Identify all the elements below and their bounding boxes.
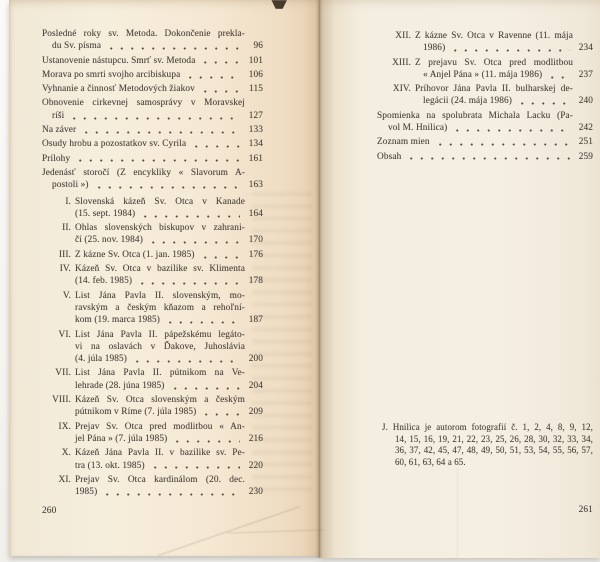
toc-entry-lastline: legácii (24. mája 1986)240 bbox=[415, 95, 593, 107]
toc-entry-line: Ohlas slovenských biskupov v zahrani- bbox=[75, 222, 263, 234]
toc-right-column: XII.Z kázne Sv. Otca v Ravenne (11. mája… bbox=[377, 30, 593, 165]
toc-entry-pagenum: 200 bbox=[247, 353, 263, 365]
toc-entry: Posledné roky sv. Metoda. Dokončenie pre… bbox=[42, 28, 263, 53]
toc-entry-pagenum: 163 bbox=[247, 179, 263, 191]
dot-leader bbox=[196, 406, 247, 418]
dot-leader bbox=[160, 314, 247, 326]
toc-entry-line: Prejav Sv. Otca kardinálom (20. dec. bbox=[75, 474, 263, 486]
toc-entry-pagenum: 237 bbox=[577, 69, 593, 81]
toc-entry: XIII.Z prejavu Sv. Otca pred modlitbou« … bbox=[377, 57, 593, 82]
toc-entry-numeral: II. bbox=[42, 222, 71, 234]
page-number-left: 260 bbox=[42, 505, 56, 517]
toc-entry: XIV.Príhovor Jána Pavla II. bulharskej d… bbox=[377, 83, 593, 108]
toc-entry-text: Na záver bbox=[42, 124, 76, 136]
toc-entry: III.Z kázne Sv. Otca (1. jan. 1985)176 bbox=[42, 249, 263, 261]
toc-entry-text: Vyhnanie a činnosť Metodových žiakov bbox=[42, 83, 195, 95]
toc-entry: XI.Prejav Sv. Otca kardinálom (20. dec.1… bbox=[42, 474, 263, 499]
toc-entry: Zoznam mien251 bbox=[377, 136, 593, 148]
book-gutter-crease bbox=[319, 0, 320, 558]
toc-entry: Prílohy161 bbox=[42, 153, 263, 165]
toc-entry-pagenum: 259 bbox=[577, 151, 593, 163]
toc-entry-lastline: 1986)234 bbox=[415, 42, 593, 54]
toc-entry: Morava po smrti svojho arcibiskupa106 bbox=[42, 69, 263, 81]
toc-entry-numeral: I. bbox=[42, 196, 71, 208]
toc-entry-lastline: Z kázne Sv. Otca (1. jan. 1985)176 bbox=[75, 249, 263, 261]
toc-entry-text: Ustanovenie nástupcu. Smrť sv. Metoda bbox=[42, 55, 195, 67]
toc-entry-text: ríši bbox=[52, 110, 64, 122]
toc-entry-pagenum: 164 bbox=[247, 208, 263, 220]
toc-entry-line: Posledné roky sv. Metoda. Dokončenie pre… bbox=[42, 28, 263, 40]
toc-entry-numeral: VI. bbox=[42, 329, 71, 341]
toc-entry-pagenum: 216 bbox=[247, 433, 263, 445]
dot-leader bbox=[127, 353, 247, 365]
toc-entry-lastline: Prílohy161 bbox=[42, 153, 263, 165]
footnote-line: 14, 15, 16, 19, 21, 22, 23, 25, 26, 28, … bbox=[382, 434, 593, 446]
page-number-right: 261 bbox=[377, 504, 593, 516]
dot-leader bbox=[401, 151, 577, 163]
toc-entry-line: Obnovenie cirkevnej samosprávy v Moravsk… bbox=[42, 97, 263, 109]
dot-leader bbox=[542, 69, 577, 81]
toc-entry-pagenum: 234 bbox=[577, 42, 593, 54]
toc-entry-pagenum: 220 bbox=[247, 460, 263, 472]
toc-entry-lastline: Na záver133 bbox=[42, 124, 263, 136]
toc-entry-line: Príhovor Jána Pavla II. bulharskej de- bbox=[415, 83, 593, 95]
toc-entry-text: tra (13. okt. 1985) bbox=[75, 460, 145, 472]
toc-entry-numeral: XIV. bbox=[377, 83, 411, 95]
toc-entry: Obsah259 bbox=[377, 151, 593, 163]
toc-entry-text: Morava po smrti svojho arcibiskupa bbox=[42, 69, 180, 81]
toc-entry-lastline: Morava po smrti svojho arcibiskupa106 bbox=[42, 69, 263, 81]
toc-entry-pagenum: 161 bbox=[247, 153, 263, 165]
toc-entry-pagenum: 251 bbox=[577, 136, 593, 148]
footnote-line: J. Hnilica je autorom fotografií č. 1, 2… bbox=[382, 422, 593, 434]
toc-entry: Osudy hrobu a pozostatkov sv. Cyrila134 bbox=[42, 138, 263, 150]
toc-entry-line: Kázeň Sv. Otca v bazilike sv. Klimenta bbox=[75, 263, 263, 275]
toc-entry-lastline: 1985)230 bbox=[75, 486, 263, 498]
toc-entry-numeral: III. bbox=[42, 249, 71, 261]
toc-entry-line: Z kázne Sv. Otca v Ravenne (11. mája bbox=[415, 30, 593, 42]
dot-leader bbox=[195, 55, 247, 67]
toc-entry-pagenum: 96 bbox=[247, 40, 263, 52]
dot-leader bbox=[195, 83, 247, 95]
toc-entry-text: (14. feb. 1985) bbox=[75, 275, 132, 287]
toc-entry: Obnovenie cirkevnej samosprávy v Moravsk… bbox=[42, 97, 263, 122]
toc-entry-lastline: du Sv. písma96 bbox=[42, 40, 263, 52]
dot-leader bbox=[101, 40, 247, 52]
dot-leader bbox=[89, 179, 247, 191]
footnote-line: 60, 61, 63, 64 a 65. bbox=[382, 457, 593, 469]
toc-entry-line: Kázeň Sv. Otca slovenským a českým bbox=[75, 394, 263, 406]
toc-entry-numeral: X. bbox=[42, 447, 71, 459]
toc-entry: Ustanovenie nástupcu. Smrť sv. Metoda101 bbox=[42, 55, 263, 67]
open-book-photo: Posledné roky sv. Metoda. Dokončenie pre… bbox=[0, 0, 600, 562]
toc-entry-text: du Sv. písma bbox=[52, 40, 101, 52]
toc-entry-text: kom (19. marca 1985) bbox=[75, 314, 160, 326]
dot-leader bbox=[195, 249, 247, 261]
toc-entry-text: 1986) bbox=[423, 42, 445, 54]
toc-entry-text: pútnikom v Ríme (7. júla 1985) bbox=[75, 406, 196, 418]
toc-entry-line: vi na oslavách v Ďakove, Juhoslávia bbox=[75, 341, 263, 353]
toc-entry-line: Slovenská kázeň Sv. Otca v Kanade bbox=[75, 196, 263, 208]
toc-entry-line: Spomienka na spolubrata Michala Lacku (P… bbox=[377, 110, 593, 122]
toc-entry-numeral: XII. bbox=[377, 30, 411, 42]
toc-entry: VI.List Jána Pavla II. pápežskému legáto… bbox=[42, 329, 263, 366]
toc-entry-lastline: tra (13. okt. 1985)220 bbox=[75, 460, 263, 472]
dot-leader bbox=[70, 153, 247, 165]
toc-entry-text: čí (25. nov. 1984) bbox=[75, 234, 143, 246]
toc-entry-numeral: IX. bbox=[42, 421, 71, 433]
toc-entry: X.Kázeň Jána Pavla II. v bazilike sv. Pe… bbox=[42, 447, 263, 472]
toc-entry-lastline: jel Pána » (7. júla 1985)216 bbox=[75, 433, 263, 445]
toc-entry: Spomienka na spolubrata Michala Lacku (P… bbox=[377, 110, 593, 135]
toc-entry-lastline: (15. sept. 1984)164 bbox=[75, 208, 263, 220]
toc-entry-numeral: V. bbox=[42, 290, 71, 302]
dot-leader bbox=[97, 486, 247, 498]
toc-entry: I.Slovenská kázeň Sv. Otca v Kanade(15. … bbox=[42, 196, 263, 221]
toc-entry-pagenum: 230 bbox=[247, 486, 263, 498]
toc-entry-lastline: Osudy hrobu a pozostatkov sv. Cyrila134 bbox=[42, 138, 263, 150]
toc-entry-line: Z prejavu Sv. Otca pred modlitbou bbox=[415, 57, 593, 69]
toc-entry: II.Ohlas slovenských biskupov v zahrani-… bbox=[42, 222, 263, 247]
photo-credits-footnote: J. Hnilica je autorom fotografií č. 1, 2… bbox=[382, 422, 593, 468]
toc-entry-lastline: (4. júla 1985)200 bbox=[75, 353, 263, 365]
toc-entry: V.List Jána Pavla II. slovenským, mo-rav… bbox=[42, 290, 263, 327]
toc-entry-line: List Jána Pavla II. slovenským, mo- bbox=[75, 290, 263, 302]
toc-entry-text: (15. sept. 1984) bbox=[75, 208, 135, 220]
toc-entry-lastline: Zoznam mien251 bbox=[377, 136, 593, 148]
dot-leader bbox=[64, 110, 247, 122]
toc-entry-text: Osudy hrobu a pozostatkov sv. Cyrila bbox=[42, 138, 186, 150]
toc-entry-text: (4. júla 1985) bbox=[75, 353, 127, 365]
toc-entry-lastline: « Anjel Pána » (11. mája 1986)237 bbox=[415, 69, 593, 81]
dot-leader bbox=[445, 42, 577, 54]
toc-entry-line: Prejav Sv. Otca pred modlitbou « An- bbox=[75, 421, 263, 433]
toc-entry-line: ravským a českým kňazom a rehoľní- bbox=[75, 302, 263, 314]
toc-entry-text: 1985) bbox=[75, 486, 97, 498]
toc-entry: Na záver133 bbox=[42, 124, 263, 136]
toc-entry-lastline: Vyhnanie a činnosť Metodových žiakov115 bbox=[42, 83, 263, 95]
toc-entry-text: lehrade (28. júna 1985) bbox=[75, 380, 165, 392]
dot-leader bbox=[165, 380, 247, 392]
toc-entry-line: List Jána Pavla II. pútnikom na Ve- bbox=[75, 367, 263, 379]
toc-entry: VIII.Kázeň Sv. Otca slovenským a českýmp… bbox=[42, 394, 263, 419]
toc-entry-lastline: postoli »)163 bbox=[42, 179, 263, 191]
toc-entry-lastline: Ustanovenie nástupcu. Smrť sv. Metoda101 bbox=[42, 55, 263, 67]
toc-entry-line: Jedenásť storočí (Z encykliky « Slavorum… bbox=[42, 167, 263, 179]
toc-entry: XII.Z kázne Sv. Otca v Ravenne (11. mája… bbox=[377, 30, 593, 55]
toc-entry-text: Zoznam mien bbox=[377, 136, 430, 148]
toc-entry-pagenum: 106 bbox=[247, 69, 263, 81]
toc-entry-lastline: lehrade (28. júna 1985)204 bbox=[75, 380, 263, 392]
toc-entry: IX.Prejav Sv. Otca pred modlitbou « An-j… bbox=[42, 421, 263, 446]
toc-entry-pagenum: 115 bbox=[247, 83, 263, 95]
dot-leader bbox=[135, 208, 247, 220]
toc-entry-lastline: Obsah259 bbox=[377, 151, 593, 163]
dot-leader bbox=[180, 69, 247, 81]
dot-leader bbox=[76, 124, 247, 136]
toc-entry: VII.List Jána Pavla II. pútnikom na Ve-l… bbox=[42, 367, 263, 392]
toc-entry-lastline: kom (19. marca 1985)187 bbox=[75, 314, 263, 326]
dot-leader bbox=[132, 275, 247, 287]
toc-entry-text: vol M. Hnilica) bbox=[388, 122, 447, 134]
toc-entry-lastline: pútnikom v Ríme (7. júla 1985)209 bbox=[75, 406, 263, 418]
toc-entry-pagenum: 209 bbox=[247, 406, 263, 418]
toc-entry: IV.Kázeň Sv. Otca v bazilike sv. Kliment… bbox=[42, 263, 263, 288]
toc-entry-text: Prílohy bbox=[42, 153, 70, 165]
toc-entry-text: Obsah bbox=[377, 151, 401, 163]
dot-leader bbox=[143, 234, 247, 246]
toc-entry-pagenum: 176 bbox=[247, 249, 263, 261]
toc-entry-pagenum: 101 bbox=[247, 55, 263, 67]
toc-entry-numeral: IV. bbox=[42, 263, 71, 275]
toc-entry-pagenum: 204 bbox=[247, 380, 263, 392]
toc-entry-lastline: vol M. Hnilica)242 bbox=[377, 122, 593, 134]
toc-entry-text: legácii (24. mája 1986) bbox=[423, 95, 512, 107]
toc-entry-text: jel Pána » (7. júla 1985) bbox=[75, 433, 167, 445]
toc-entry-pagenum: 133 bbox=[247, 124, 263, 136]
footnote-line: 36, 37, 42, 45, 47, 48, 49, 50, 51, 53, … bbox=[382, 445, 593, 457]
toc-entry-pagenum: 170 bbox=[247, 234, 263, 246]
dot-leader bbox=[512, 95, 577, 107]
toc-entry-lastline: čí (25. nov. 1984)170 bbox=[75, 234, 263, 246]
toc-entry-lastline: ríši127 bbox=[42, 110, 263, 122]
toc-entry-pagenum: 240 bbox=[577, 95, 593, 107]
toc-entry-pagenum: 242 bbox=[577, 122, 593, 134]
toc-entry-numeral: XIII. bbox=[377, 57, 411, 69]
toc-entry-numeral: XI. bbox=[42, 474, 71, 486]
toc-entry: Vyhnanie a činnosť Metodových žiakov115 bbox=[42, 83, 263, 95]
toc-entry-lastline: (14. feb. 1985)178 bbox=[75, 275, 263, 287]
toc-left-column: Posledné roky sv. Metoda. Dokončenie pre… bbox=[42, 28, 263, 500]
toc-entry-pagenum: 134 bbox=[247, 138, 263, 150]
toc-entry-text: Z kázne Sv. Otca (1. jan. 1985) bbox=[75, 249, 195, 261]
dot-leader bbox=[186, 138, 247, 150]
toc-entry-text: « Anjel Pána » (11. mája 1986) bbox=[423, 69, 542, 81]
toc-entry-line: List Jána Pavla II. pápežskému legáto- bbox=[75, 329, 263, 341]
toc-entry-line: Kázeň Jána Pavla II. v bazilike sv. Pe- bbox=[75, 447, 263, 459]
toc-entry-numeral: VIII. bbox=[42, 394, 71, 406]
toc-entry-pagenum: 127 bbox=[247, 110, 263, 122]
dot-leader bbox=[447, 122, 577, 134]
toc-entry-pagenum: 178 bbox=[247, 275, 263, 287]
dot-leader bbox=[167, 433, 247, 445]
dot-leader bbox=[145, 460, 247, 472]
toc-entry-numeral: VII. bbox=[42, 367, 71, 379]
toc-entry: Jedenásť storočí (Z encykliky « Slavorum… bbox=[42, 167, 263, 192]
toc-entry-pagenum: 187 bbox=[247, 314, 263, 326]
toc-entry-text: postoli ») bbox=[52, 179, 89, 191]
dot-leader bbox=[430, 136, 577, 148]
